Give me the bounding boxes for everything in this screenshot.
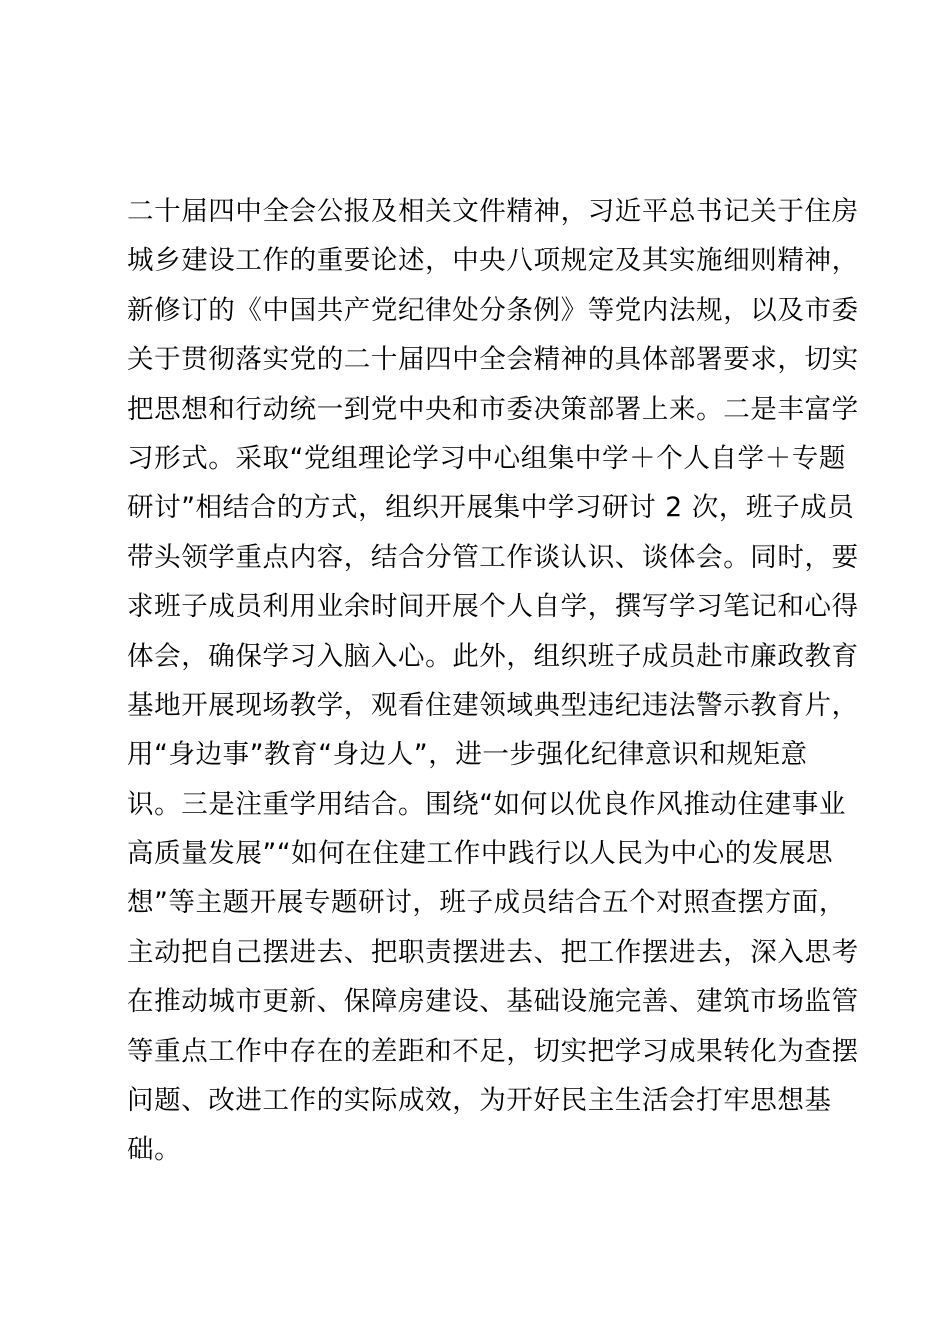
text-line-5: 把思想和行动统一到党中央和市委决策部署上来。二是丰富学 [127, 385, 847, 434]
text-line-10: 体会，确保学习入脑入心。此外，组织班子成员赴市廉政教育 [127, 632, 847, 681]
text-line-2: 城乡建设工作的重要论述，中央八项规定及其实施细则精神， [127, 236, 847, 285]
text-line-20: 础。 [127, 1125, 847, 1174]
text-line-1: 二十届四中全会公报及相关文件精神，习近平总书记关于住房 [127, 187, 847, 236]
text-line-12: 用“身边事”教育“身边人”，进一步强化纪律意识和规矩意 [127, 730, 847, 779]
text-line-7: 研讨”相结合的方式，组织开展集中学习研讨 2 次，班子成员 [127, 483, 847, 532]
text-line-15: 想”等主题开展专题研讨，班子成员结合五个对照查摆方面， [127, 878, 847, 927]
text-line-18: 等重点工作中存在的差距和不足，切实把学习成果转化为查摆 [127, 1027, 847, 1076]
text-line-11: 基地开展现场教学，观看住建领域典型违纪违法警示教育片， [127, 681, 847, 730]
text-line-14: 高质量发展”“如何在住建工作中践行以人民为中心的发展思 [127, 829, 847, 878]
text-line-13: 识。三是注重学用结合。围绕“如何以优良作风推动住建事业 [127, 780, 847, 829]
text-line-6: 习形式。采取“党组理论学习中心组集中学＋个人自学＋专题 [127, 434, 847, 483]
body-paragraph: 二十届四中全会公报及相关文件精神，习近平总书记关于住房 城乡建设工作的重要论述，… [127, 187, 847, 1175]
text-line-8: 带头领学重点内容，结合分管工作谈认识、谈体会。同时，要 [127, 533, 847, 582]
text-line-9: 求班子成员利用业余时间开展个人自学，撰写学习笔记和心得 [127, 582, 847, 631]
text-line-4: 关于贯彻落实党的二十届四中全会精神的具体部署要求，切实 [127, 335, 847, 384]
text-line-16: 主动把自己摆进去、把职责摆进去、把工作摆进去，深入思考 [127, 928, 847, 977]
document-page: 二十届四中全会公报及相关文件精神，习近平总书记关于住房 城乡建设工作的重要论述，… [0, 0, 950, 1344]
text-line-3: 新修订的《中国共产党纪律处分条例》等党内法规，以及市委 [127, 286, 847, 335]
text-line-19: 问题、改进工作的实际成效，为开好民主生活会打牢思想基 [127, 1076, 847, 1125]
text-line-17: 在推动城市更新、保障房建设、基础设施完善、建筑市场监管 [127, 977, 847, 1026]
